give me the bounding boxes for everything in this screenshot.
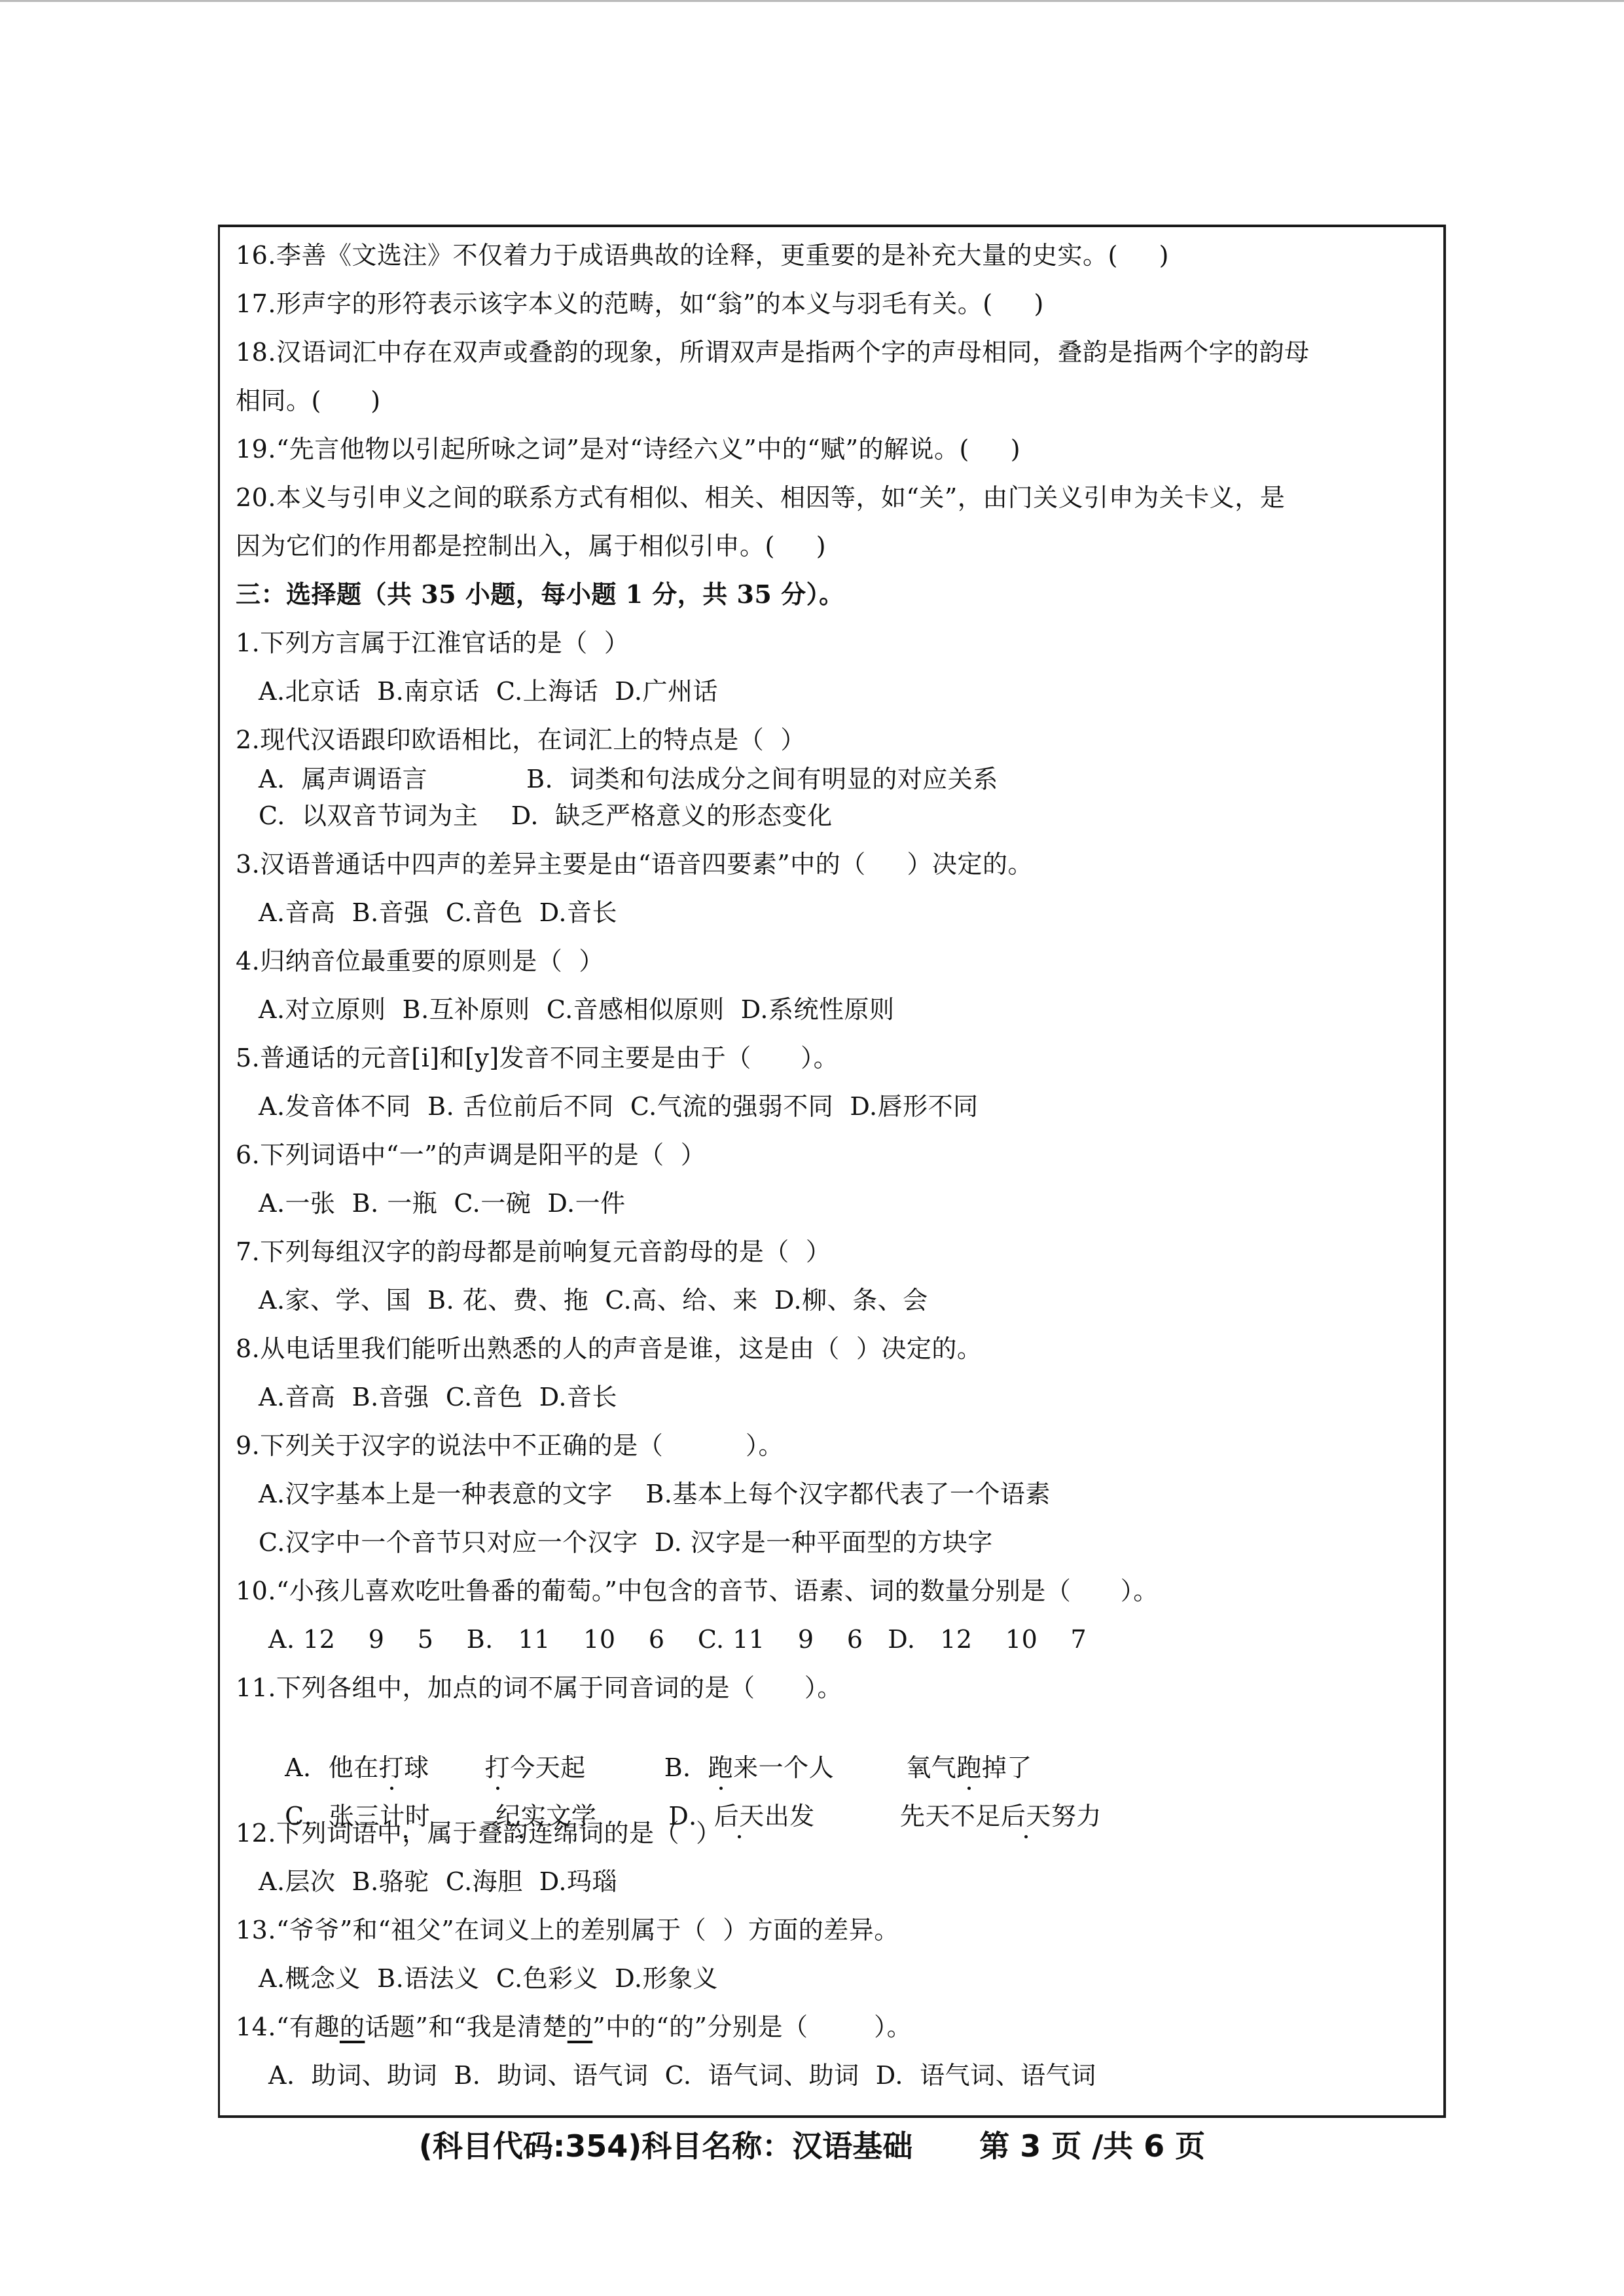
item-number: 11.	[236, 1673, 276, 1702]
options-q2-row1: A. 属声调语言 B. 词类和句法成分之间有明显的对应关系	[259, 763, 998, 795]
scan-top-edge	[0, 0, 1624, 2]
question-stem: 下列方言属于江淮官话的是（ ）	[260, 629, 629, 657]
dotted-word: 后天	[714, 1800, 765, 1832]
dotted-word: 后天	[1001, 1800, 1051, 1832]
question-stem: 从电话里我们能听出熟悉的人的声音是谁，这是由（ ）决定的。	[260, 1334, 982, 1363]
item-number: 14.	[236, 2013, 276, 2041]
judgement-item-20: 20.本义与引申义之间的联系方式有相似、相关、相因等，如“关”，由门关义引申为关…	[236, 482, 1285, 513]
choice-question-1: 1.下列方言属于江淮官话的是（ ）	[236, 627, 629, 659]
item-number: 18.	[236, 338, 276, 367]
judgement-item-16: 16.李善《文选注》不仅着力于成语典故的诠释，更重要的是补充大量的史实。( )	[236, 240, 1169, 271]
item-number: 10.	[236, 1576, 276, 1605]
item-number: 4.	[236, 947, 260, 975]
choice-question-5: 5.普通话的元音[i]和[y]发音不同主要是由于（ ）。	[236, 1042, 839, 1074]
question-stem: 下列每组汉字的韵母都是前响复元音韵母的是（ ）	[260, 1237, 831, 1266]
item-number: 6.	[236, 1140, 260, 1169]
options-q9-row1: A.汉字基本上是一种表意的文字 B.基本上每个汉字都代表了一个语素	[259, 1478, 1051, 1510]
item-number: 8.	[236, 1334, 260, 1363]
choice-question-11: 11.下列各组中，加点的词不属于同音词的是（ ）。	[236, 1672, 842, 1704]
options-q6: A.一张 B. 一瓶 C.一碗 D.一件	[259, 1188, 626, 1219]
choice-question-7: 7.下列每组汉字的韵母都是前响复元音韵母的是（ ）	[236, 1236, 831, 1267]
options-q14: A. 助词、助词 B. 助词、语气词 C. 语气词、助词 D. 语气词、语气词	[268, 2060, 1096, 2091]
choice-question-12: 12.下列词语中，属于叠韵连绵词的是（ ）	[236, 1817, 721, 1849]
question-stem: 下列词语中，属于叠韵连绵词的是（ ）	[276, 1819, 721, 1848]
question-stem: 现代汉语跟印欧语相比，在词汇上的特点是（ ）	[260, 725, 806, 754]
item-number: 9.	[236, 1431, 260, 1460]
options-q7: A.家、学、国 B. 花、费、拖 C.高、给、来 D.柳、条、会	[259, 1285, 928, 1316]
question-stem: 汉语普通话中四声的差异主要是由“语音四要素”中的（ ）决定的。	[260, 850, 1033, 879]
choice-question-14: 14.“有趣的话题”和“我是清楚的”中的“的”分别是（ ）。	[236, 2011, 912, 2043]
options-q1: A.北京话 B.南京话 C.上海话 D.广州话	[259, 676, 718, 707]
choice-question-2: 2.现代汉语跟印欧语相比，在词汇上的特点是（ ）	[236, 724, 806, 756]
options-q5: A.发音体不同 B. 舌位前后不同 C.气流的强弱不同 D.唇形不同	[259, 1091, 979, 1122]
question-stem: 归纳音位最重要的原则是（ ）	[260, 947, 604, 975]
item-number: 20.	[236, 483, 276, 512]
judgement-item-19: 19.“先言他物以引起所咏之词”是对“诗经六义”中的“赋”的解说。( )	[236, 433, 1020, 465]
item-text: “先言他物以引起所咏之词”是对“诗经六义”中的“赋”的解说。( )	[276, 435, 1020, 464]
page-number: 第 3 页 /共 6 页	[979, 2126, 1205, 2166]
item-number: 16.	[236, 241, 276, 270]
question-stem: “爷爷”和“祖父”在词义上的差别属于（ ）方面的差异。	[276, 1916, 899, 1944]
options-q10: A. 12 9 5 B. 11 10 6 C. 11 9 6 D. 12 10 …	[268, 1624, 1087, 1655]
choice-question-8: 8.从电话里我们能听出熟悉的人的声音是谁，这是由（ ）决定的。	[236, 1333, 982, 1364]
choice-question-3: 3.汉语普通话中四声的差异主要是由“语音四要素”中的（ ）决定的。	[236, 848, 1033, 880]
judgement-item-18-cont: 相同。( )	[236, 385, 381, 416]
item-number: 7.	[236, 1237, 260, 1266]
section-header-choice: 三：选择题（共 35 小题，每小题 1 分，共 35 分）。	[236, 579, 844, 610]
text: 先天不足	[900, 1802, 1001, 1831]
item-number: 12.	[236, 1819, 276, 1848]
item-number: 13.	[236, 1916, 276, 1944]
item-number: 19.	[236, 435, 276, 464]
item-number: 1.	[236, 629, 260, 657]
text: “有趣	[276, 2013, 340, 2041]
underlined-word: 的	[568, 2013, 593, 2041]
item-number: 17.	[236, 289, 276, 318]
underlined-word: 的	[340, 2013, 365, 2041]
options-q4: A.对立原则 B.互补原则 C.音感相似原则 D.系统性原则	[259, 994, 895, 1025]
item-text: 本义与引申义之间的联系方式有相似、相关、相因等，如“关”，由门关义引申为关卡义，…	[276, 483, 1285, 512]
text: 努力	[1051, 1802, 1102, 1831]
text: 出发	[765, 1802, 815, 1831]
choice-question-6: 6.下列词语中“一”的声调是阳平的是（ ）	[236, 1139, 706, 1171]
question-stem: 下列关于汉字的说法中不正确的是（ ）。	[260, 1431, 784, 1460]
choice-question-13: 13.“爷爷”和“祖父”在词义上的差别属于（ ）方面的差异。	[236, 1914, 899, 1946]
page-footer: (科目代码:354)科目名称：汉语基础 第 3 页 /共 6 页	[0, 2126, 1624, 2166]
options-q12: A.层次 B.骆驼 C.海胆 D.玛瑙	[259, 1866, 617, 1897]
item-number: 3.	[236, 850, 260, 879]
question-stem: 下列各组中，加点的词不属于同音词的是（ ）。	[276, 1673, 842, 1702]
judgement-item-17: 17.形声字的形符表示该字本义的范畴，如“翁”的本义与羽毛有关。( )	[236, 288, 1044, 319]
text: 话题”和“我是清楚	[365, 2013, 567, 2041]
options-q8: A.音高 B.音强 C.音色 D.音长	[259, 1381, 617, 1413]
question-stem: 下列词语中“一”的声调是阳平的是（ ）	[260, 1140, 706, 1169]
item-text: 李善《文选注》不仅着力于成语典故的诠释，更重要的是补充大量的史实。( )	[276, 241, 1169, 270]
item-text: 汉语词汇中存在双声或叠韵的现象，所谓双声是指两个字的声母相同，叠韵是指两个字的韵…	[276, 338, 1310, 367]
text: ”中的“的”分别是（ ）。	[592, 2013, 912, 2041]
item-number: 5.	[236, 1044, 260, 1072]
options-q3: A.音高 B.音强 C.音色 D.音长	[259, 897, 617, 928]
options-q9-row2: C.汉字中一个音节只对应一个汉字 D. 汉字是一种平面型的方块字	[259, 1527, 993, 1558]
subject-info: (科目代码:354)科目名称：汉语基础	[419, 2126, 912, 2166]
item-text: 形声字的形符表示该字本义的范畴，如“翁”的本义与羽毛有关。( )	[276, 289, 1044, 318]
choice-question-9: 9.下列关于汉字的说法中不正确的是（ ）。	[236, 1430, 784, 1461]
question-stem: “小孩儿喜欢吃吐鲁番的葡萄。”中包含的音节、语素、词的数量分别是（ ）。	[276, 1576, 1159, 1605]
item-number: 2.	[236, 725, 260, 754]
choice-question-4: 4.归纳音位最重要的原则是（ ）	[236, 945, 604, 977]
judgement-item-20-cont: 因为它们的作用都是控制出入，属于相似引申。( )	[236, 530, 826, 562]
judgement-item-18: 18.汉语词汇中存在双声或叠韵的现象，所谓双声是指两个字的声母相同，叠韵是指两个…	[236, 337, 1309, 368]
options-q13: A.概念义 B.语法义 C.色彩义 D.形象义	[259, 1963, 718, 1994]
choice-question-10: 10.“小孩儿喜欢吃吐鲁番的葡萄。”中包含的音节、语素、词的数量分别是（ ）。	[236, 1575, 1159, 1607]
question-stem: 普通话的元音[i]和[y]发音不同主要是由于（ ）。	[260, 1044, 839, 1072]
options-q2-row2: C. 以双音节词为主 D. 缺乏严格意义的形态变化	[259, 800, 833, 831]
